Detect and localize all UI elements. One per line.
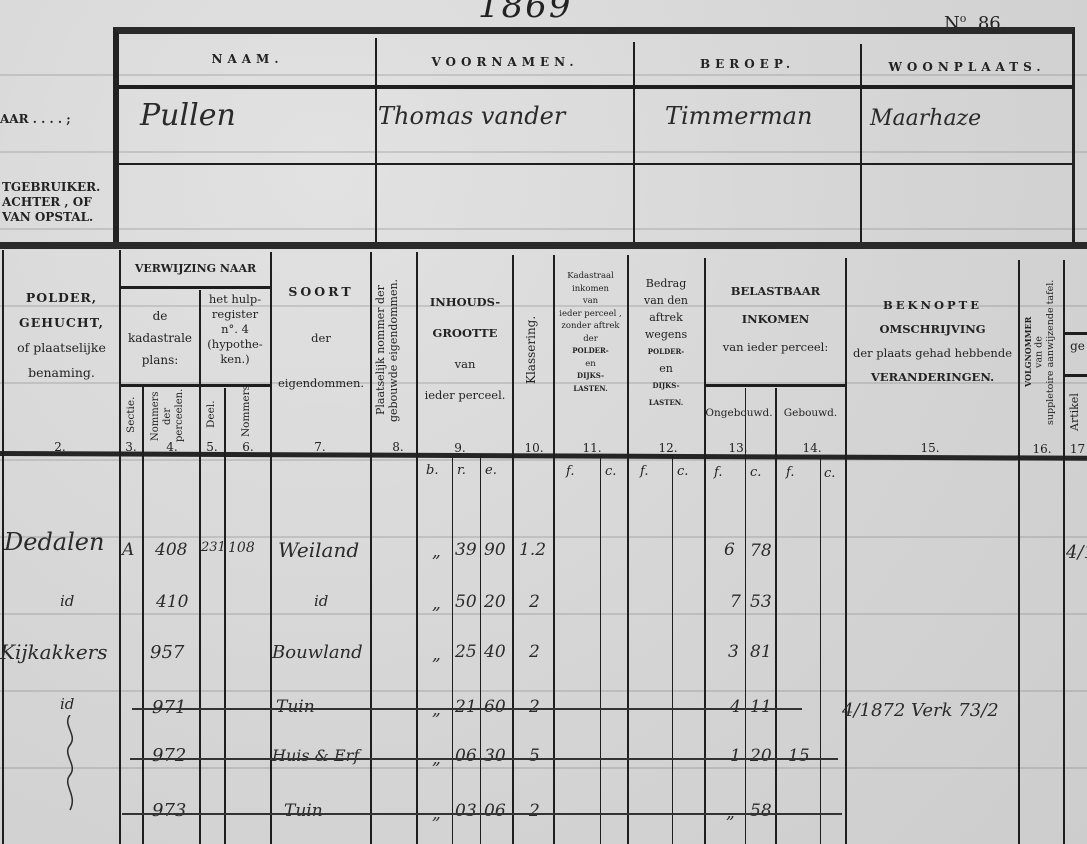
cell-ong-c: 11 <box>750 697 772 717</box>
header-text: suppletoire aanwijzende tafel. <box>1045 279 1056 424</box>
cell-soort: id <box>314 592 328 610</box>
cell-geb-f: 15 <box>788 746 810 766</box>
left-label-line: TGEBRUIKER. <box>2 180 100 195</box>
cell-klasse: 2 <box>529 592 540 612</box>
cell-polder: Kijkakkers <box>0 640 107 664</box>
subheader-rule <box>706 384 845 387</box>
header-text: der plaats gehad hebbende <box>847 341 1018 365</box>
col-line <box>512 255 514 844</box>
header-text: van ieder perceel: <box>706 333 845 361</box>
header-text: BEKNOPTE <box>847 293 1018 317</box>
header-text: de <box>121 305 199 327</box>
col-number: 14. <box>792 441 832 455</box>
header-inhoudsgrootte: INHOUDS- GROOTTE van ieder perceel. <box>418 287 512 411</box>
cell-ong-f: 6 <box>724 540 735 560</box>
col-number: 4. <box>152 440 192 454</box>
cell-perceel: 972 <box>152 745 186 766</box>
unit-bunder: b. <box>426 463 438 478</box>
header-text: DIJKS- <box>554 370 627 383</box>
col-line <box>142 387 144 844</box>
header-text: Bedrag <box>628 275 704 292</box>
header-naam: NAAM. <box>120 52 375 66</box>
col-number: 17 <box>1068 442 1087 456</box>
header-text: VERANDERINGEN. <box>847 365 1018 389</box>
section-divider <box>0 242 1087 249</box>
header-text: kadastrale <box>121 327 199 349</box>
header-text: plans: <box>121 349 199 371</box>
cell-klasse: 2 <box>529 801 540 821</box>
header-text: n°. 4 <box>200 322 270 337</box>
header-klassering: Klassering. <box>524 300 542 400</box>
cell-r: 03 <box>455 801 477 821</box>
col-line <box>199 290 201 844</box>
header-text: ieder perceel. <box>418 380 512 411</box>
header-text: der <box>554 333 627 346</box>
header-gebouwd: Gebouwd. <box>776 406 845 420</box>
header-beroep: BEROEP. <box>635 57 860 71</box>
strikethrough-line <box>132 708 802 710</box>
header-artikel: Artikel <box>1068 385 1084 440</box>
cell-e: 20 <box>484 592 506 612</box>
header-c17-partial: ge <box>1068 338 1087 354</box>
header-polder: POLDER, GEHUCHT, of plaatselijke benamin… <box>4 285 119 385</box>
left-label-line: VAN OPSTAL. <box>2 210 100 225</box>
cell-r: 21 <box>455 697 477 717</box>
cell-soort: Weiland <box>278 538 359 562</box>
cell-soort: Tuin <box>284 801 323 821</box>
header-belastbaar-inkomen: BELASTBAAR INKOMEN van ieder perceel: <box>706 277 845 361</box>
header-kadastraal-inkomen: Kadastraal inkomen van ieder perceel , z… <box>554 270 627 395</box>
header-text: LASTEN. <box>554 383 627 396</box>
cell-perceel: 408 <box>155 540 187 560</box>
header-beknopte-omschrijving: BEKNOPTE OMSCHRIJVING der plaats gehad h… <box>847 293 1018 389</box>
header-voornamen: VOORNAMEN. <box>377 55 633 69</box>
cell-perceel: 957 <box>150 642 184 663</box>
header-text: der <box>272 333 370 345</box>
col-number: 16. <box>1022 442 1062 456</box>
col-line <box>775 388 777 844</box>
col-number: 13. <box>718 441 758 455</box>
cell-soort: Huis & Erf <box>272 746 359 765</box>
header-text: van <box>554 295 627 308</box>
header-text: ieder perceel , <box>554 308 627 321</box>
col-line <box>370 252 372 844</box>
header-text: INHOUDS- <box>418 287 512 318</box>
cell-klasse: 2 <box>529 642 540 662</box>
cell-soort: Tuin <box>276 697 315 717</box>
header-text: DIJKS- <box>628 377 704 394</box>
col-line <box>820 456 821 844</box>
document-page: 1869 No. 86. AAR . . . . ; TGEBRUIKER. A… <box>0 0 1087 844</box>
unit-cent: c. <box>750 465 761 480</box>
col-line <box>1063 260 1065 844</box>
header-text: BELASTBAAR <box>706 277 845 305</box>
cell-ong-c: 58 <box>750 801 772 821</box>
left-label-line: ACHTER , OF <box>2 195 100 210</box>
owner-naam: Pullen <box>140 98 236 133</box>
col-number: 3. <box>120 440 142 454</box>
cell-verandering: 4/1872 Verk 73/2 <box>842 700 999 721</box>
header-kadastrale: de kadastrale plans: <box>121 305 199 371</box>
cell-r: 50 <box>455 592 477 612</box>
header-bedrag-aftrek: Bedrag van den aftrek wegens POLDER- en … <box>628 275 704 411</box>
owner-row-divider <box>119 163 1072 165</box>
cell-deel: 231 <box>201 540 226 555</box>
owner-beroep: Timmerman <box>665 102 812 130</box>
header-woonplaats: WOONPLAATS. <box>862 60 1072 74</box>
subheader-rule <box>1065 374 1087 377</box>
cell-klasse: 5 <box>529 746 540 766</box>
cell-e: 30 <box>484 746 506 766</box>
cell-e: 60 <box>484 697 506 717</box>
header-text: GROOTTE <box>418 318 512 349</box>
cell-r: 06 <box>455 746 477 766</box>
col-number: 9. <box>440 441 480 455</box>
cell-ong-f: 4 <box>730 697 741 717</box>
cell-nommer: 108 <box>228 540 255 556</box>
header-text: Kadastraal <box>554 270 627 283</box>
unit-cent: c. <box>824 466 835 481</box>
header-text: LASTEN. <box>628 394 704 411</box>
owner-woonplaats: Maarhaze <box>870 106 981 131</box>
header-text: SOORT <box>272 286 370 299</box>
unit-florin: f. <box>640 464 648 479</box>
header-verwijzing: VERWIJZING NAAR <box>121 262 270 277</box>
unit-cent: c. <box>677 464 688 479</box>
cell-ong-c: 20 <box>750 746 772 766</box>
left-label-bottom: TGEBRUIKER. ACHTER , OF VAN OPSTAL. <box>2 180 100 225</box>
header-text: wegens <box>628 326 704 343</box>
cell-soort: Bouwland <box>272 642 363 663</box>
cell-b: „ <box>432 645 441 665</box>
col-number: 7. <box>300 440 340 454</box>
col-number: 15. <box>910 441 950 455</box>
subheader-rule <box>201 384 270 387</box>
owner-voornamen: Thomas vander <box>378 102 565 130</box>
col-number: 11. <box>572 441 612 455</box>
cell-ong-f: 1 <box>730 746 741 766</box>
header-text: ken.) <box>200 352 270 367</box>
cell-e: 06 <box>484 801 506 821</box>
header-text: van <box>418 349 512 380</box>
col-number: 6. <box>228 440 268 454</box>
cell-ong-f: 7 <box>730 592 741 612</box>
document-year: 1869 <box>478 0 573 26</box>
header-text: eigendommen. <box>272 378 370 390</box>
header-volgnommer: VOLGNOMMER van de suppletoire aanwijzend… <box>1022 262 1062 442</box>
col-line <box>600 456 601 844</box>
subheader-rule <box>1065 332 1087 335</box>
header-text: OMSCHRIJVING <box>847 317 1018 341</box>
cell-e: 90 <box>484 540 506 560</box>
header-plaatselijk-nommer: Plaatselijk nommer der gebouwde eigendom… <box>374 255 414 445</box>
col-number: 10. <box>514 441 554 455</box>
header-text: of plaatselijke <box>4 335 119 360</box>
cell-ong-c: 81 <box>750 642 772 662</box>
cell-klasse: 1.2 <box>519 540 546 560</box>
cell-ong-c: 53 <box>750 592 772 612</box>
cell-polder: id <box>60 592 74 610</box>
header-nommers-perceelen: Nommers der perceelen. <box>150 390 194 442</box>
header-sectie: Sectie. <box>125 392 139 437</box>
header-hulpregister: het hulp- register n°. 4 (hypothe- ken.) <box>200 292 270 367</box>
cell-perceel: 410 <box>156 592 188 612</box>
cell-e: 40 <box>484 642 506 662</box>
header-text: het hulp- <box>200 292 270 307</box>
bracket-squiggle-icon <box>60 715 80 815</box>
header-ongebouwd: Ongebouwd. <box>703 406 775 420</box>
cell-r: 25 <box>455 642 477 662</box>
cell-polder: Dedalen <box>4 528 104 556</box>
cell-c17: 4/1 <box>1066 542 1087 563</box>
cell-polder: id <box>60 695 74 713</box>
unit-florin: f. <box>714 465 722 480</box>
header-text: GEHUCHT, <box>4 310 119 335</box>
header-nommers: Nommers <box>240 392 254 437</box>
unit-cent: c. <box>605 464 616 479</box>
cell-r: 39 <box>455 540 477 560</box>
unit-el: e. <box>485 463 497 478</box>
col-line <box>452 456 453 844</box>
header-text: INKOMEN <box>706 305 845 333</box>
subheader-rule <box>121 384 199 387</box>
header-deel: Deel. <box>205 392 219 437</box>
header-text: zonder aftrek <box>554 320 627 333</box>
header-text: POLDER- <box>628 343 704 360</box>
cell-b: „ <box>432 542 441 562</box>
cell-ong-f: 3 <box>728 642 739 662</box>
owner-header-divider <box>119 85 1072 89</box>
col-line <box>672 456 673 844</box>
cell-ong-c: 78 <box>750 541 772 561</box>
header-text: benaming. <box>4 360 119 385</box>
cell-perceel: 973 <box>152 800 186 821</box>
cell-b: „ <box>432 700 441 720</box>
header-text: POLDER- <box>554 345 627 358</box>
strikethrough-line <box>122 813 842 815</box>
header-text: en <box>554 358 627 371</box>
strikethrough-line <box>130 758 838 760</box>
header-text: POLDER, <box>4 285 119 310</box>
header-text: (hypothe- <box>200 337 270 352</box>
header-text: register <box>200 307 270 322</box>
header-text: en <box>628 360 704 377</box>
header-text: inkomen <box>554 283 627 296</box>
col-line <box>480 456 481 844</box>
subheader-rule <box>121 286 270 289</box>
cell-b: „ <box>432 594 441 614</box>
cell-sectie: A <box>122 540 134 560</box>
header-text: van de <box>1034 336 1045 368</box>
header-text: aftrek <box>628 309 704 326</box>
col-number: 8. <box>378 440 418 454</box>
header-text: VOLGNOMMER <box>1023 317 1033 387</box>
col-line <box>1018 260 1020 844</box>
unit-florin: f. <box>566 464 574 479</box>
col-number: 2. <box>40 440 80 454</box>
col-number: 5. <box>200 440 224 454</box>
unit-florin: f. <box>786 465 794 480</box>
col-number: 12. <box>648 441 688 455</box>
unit-roede: r. <box>457 463 466 478</box>
header-text: van den <box>628 292 704 309</box>
col-line <box>224 388 226 844</box>
owner-col-divider <box>633 42 635 242</box>
cell-klasse: 2 <box>529 697 540 717</box>
col-line <box>745 388 746 844</box>
header-soort: SOORT der eigendommen. <box>272 286 370 390</box>
left-label-top: AAR . . . . ; <box>0 112 71 127</box>
